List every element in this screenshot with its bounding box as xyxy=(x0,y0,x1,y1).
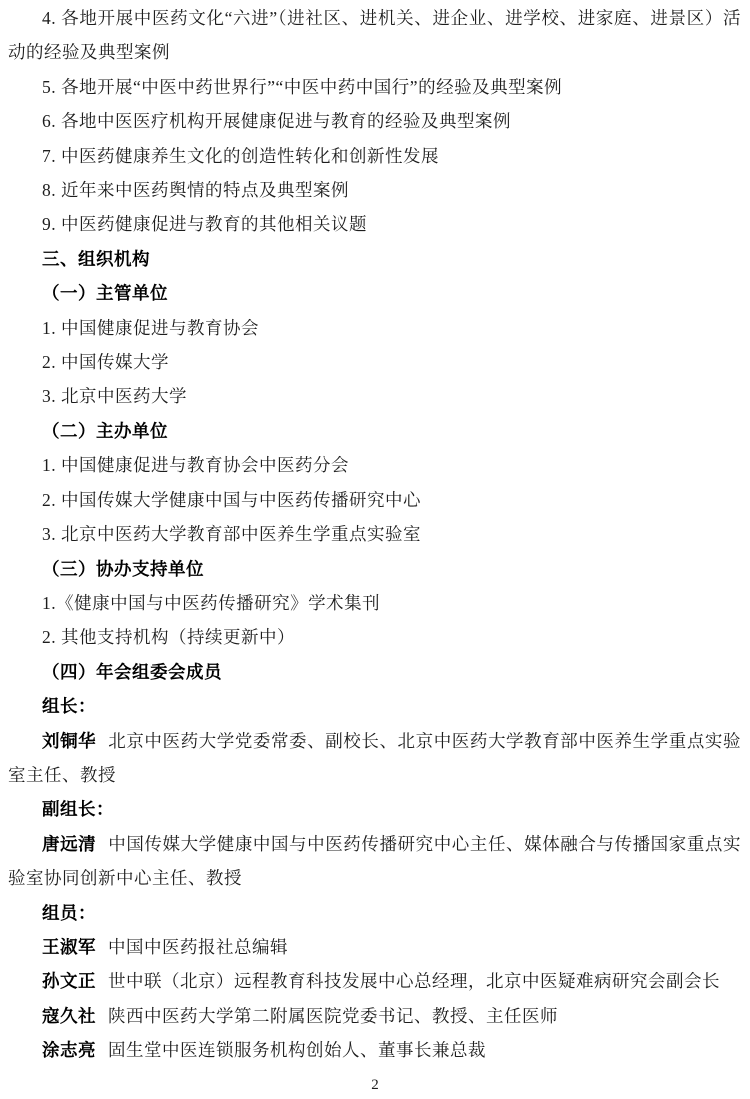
list-item: 2. 中国传媒大学 xyxy=(8,345,741,379)
member-description: 北京中医药大学党委常委、副校长、北京中医药大学教育部中医养生学重点实验室主任、教… xyxy=(8,731,741,785)
member-row: 涂志亮固生堂中医连锁服务机构创始人、董事长兼总裁 xyxy=(8,1033,741,1067)
member-name: 王淑军 xyxy=(42,937,96,957)
member-name: 寇久社 xyxy=(42,1006,96,1026)
member-name: 刘铜华 xyxy=(42,731,96,751)
member-row: 唐远清中国传媒大学健康中国与中医药传播研究中心主任、媒体融合与传播国家重点实验室… xyxy=(8,827,741,896)
subsection-heading: （一）主管单位 xyxy=(8,276,741,310)
list-item: 1. 中国健康促进与教育协会中医药分会 xyxy=(8,448,741,482)
member-row: 孙文正世中联（北京）远程教育科技发展中心总经理，北京中医疑难病研究会副会长 xyxy=(8,964,741,998)
member-name: 唐远清 xyxy=(42,834,96,854)
subsection-heading: （三）协办支持单位 xyxy=(8,552,741,586)
member-description: 固生堂中医连锁服务机构创始人、董事长兼总裁 xyxy=(108,1040,486,1060)
list-item: 4. 各地开展中医药文化“六进”（进社区、进机关、进企业、进学校、进家庭、进景区… xyxy=(8,1,741,70)
list-item: 3. 北京中医药大学 xyxy=(8,379,741,413)
list-item: 1.《健康中国与中医药传播研究》学术集刊 xyxy=(8,586,741,620)
list-item: 5. 各地开展“中医中药世界行”“中医中药中国行”的经验及典型案例 xyxy=(8,70,741,104)
list-item: 2. 中国传媒大学健康中国与中医药传播研究中心 xyxy=(8,483,741,517)
role-label: 副组长： xyxy=(8,792,741,826)
section-heading: 三、组织机构 xyxy=(8,242,741,276)
member-name: 涂志亮 xyxy=(42,1040,96,1060)
role-label: 组员： xyxy=(8,896,741,930)
list-item: 9. 中医药健康促进与教育的其他相关议题 xyxy=(8,207,741,241)
list-item: 8. 近年来中医药舆情的特点及典型案例 xyxy=(8,173,741,207)
member-description: 中国传媒大学健康中国与中医药传播研究中心主任、媒体融合与传播国家重点实验室协同创… xyxy=(8,834,741,888)
document-page: 4. 各地开展中医药文化“六进”（进社区、进机关、进企业、进学校、进家庭、进景区… xyxy=(0,0,750,1099)
member-description: 陕西中医药大学第二附属医院党委书记、教授、主任医师 xyxy=(108,1006,558,1026)
subsection-heading: （二）主办单位 xyxy=(8,414,741,448)
member-row: 寇久社陕西中医药大学第二附属医院党委书记、教授、主任医师 xyxy=(8,999,741,1033)
subsection-heading: （四）年会组委会成员 xyxy=(8,655,741,689)
member-row: 刘铜华北京中医药大学党委常委、副校长、北京中医药大学教育部中医养生学重点实验室主… xyxy=(8,724,741,793)
list-item: 2. 其他支持机构（持续更新中） xyxy=(8,620,741,654)
list-item: 6. 各地中医医疗机构开展健康促进与教育的经验及典型案例 xyxy=(8,104,741,138)
member-row: 王淑军中国中医药报社总编辑 xyxy=(8,930,741,964)
member-description: 中国中医药报社总编辑 xyxy=(108,937,288,957)
list-item: 1. 中国健康促进与教育协会 xyxy=(8,311,741,345)
member-name: 孙文正 xyxy=(42,971,96,991)
role-label: 组长： xyxy=(8,689,741,723)
list-item: 7. 中医药健康养生文化的创造性转化和创新性发展 xyxy=(8,139,741,173)
page-number: 2 xyxy=(0,1076,750,1094)
list-item: 3. 北京中医药大学教育部中医养生学重点实验室 xyxy=(8,517,741,551)
member-description: 世中联（北京）远程教育科技发展中心总经理，北京中医疑难病研究会副会长 xyxy=(108,971,720,991)
